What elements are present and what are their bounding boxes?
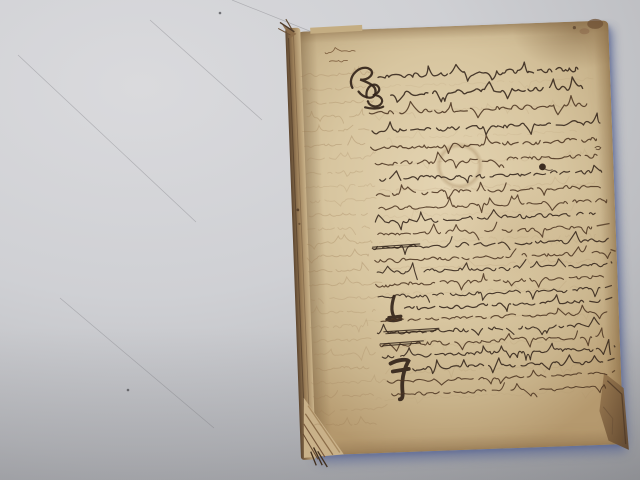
manuscript-booklet [294,20,623,455]
fanned-bottom-left-corner [302,396,345,467]
handwriting-strokes [299,38,621,427]
torn-bottom-right-corner [598,372,629,451]
desk-scratches-and-specks [18,0,322,428]
stained-top-right-corner [572,19,603,35]
photo-of-manuscript-on-desk [0,0,640,480]
manuscript-detail-layer [278,4,640,472]
